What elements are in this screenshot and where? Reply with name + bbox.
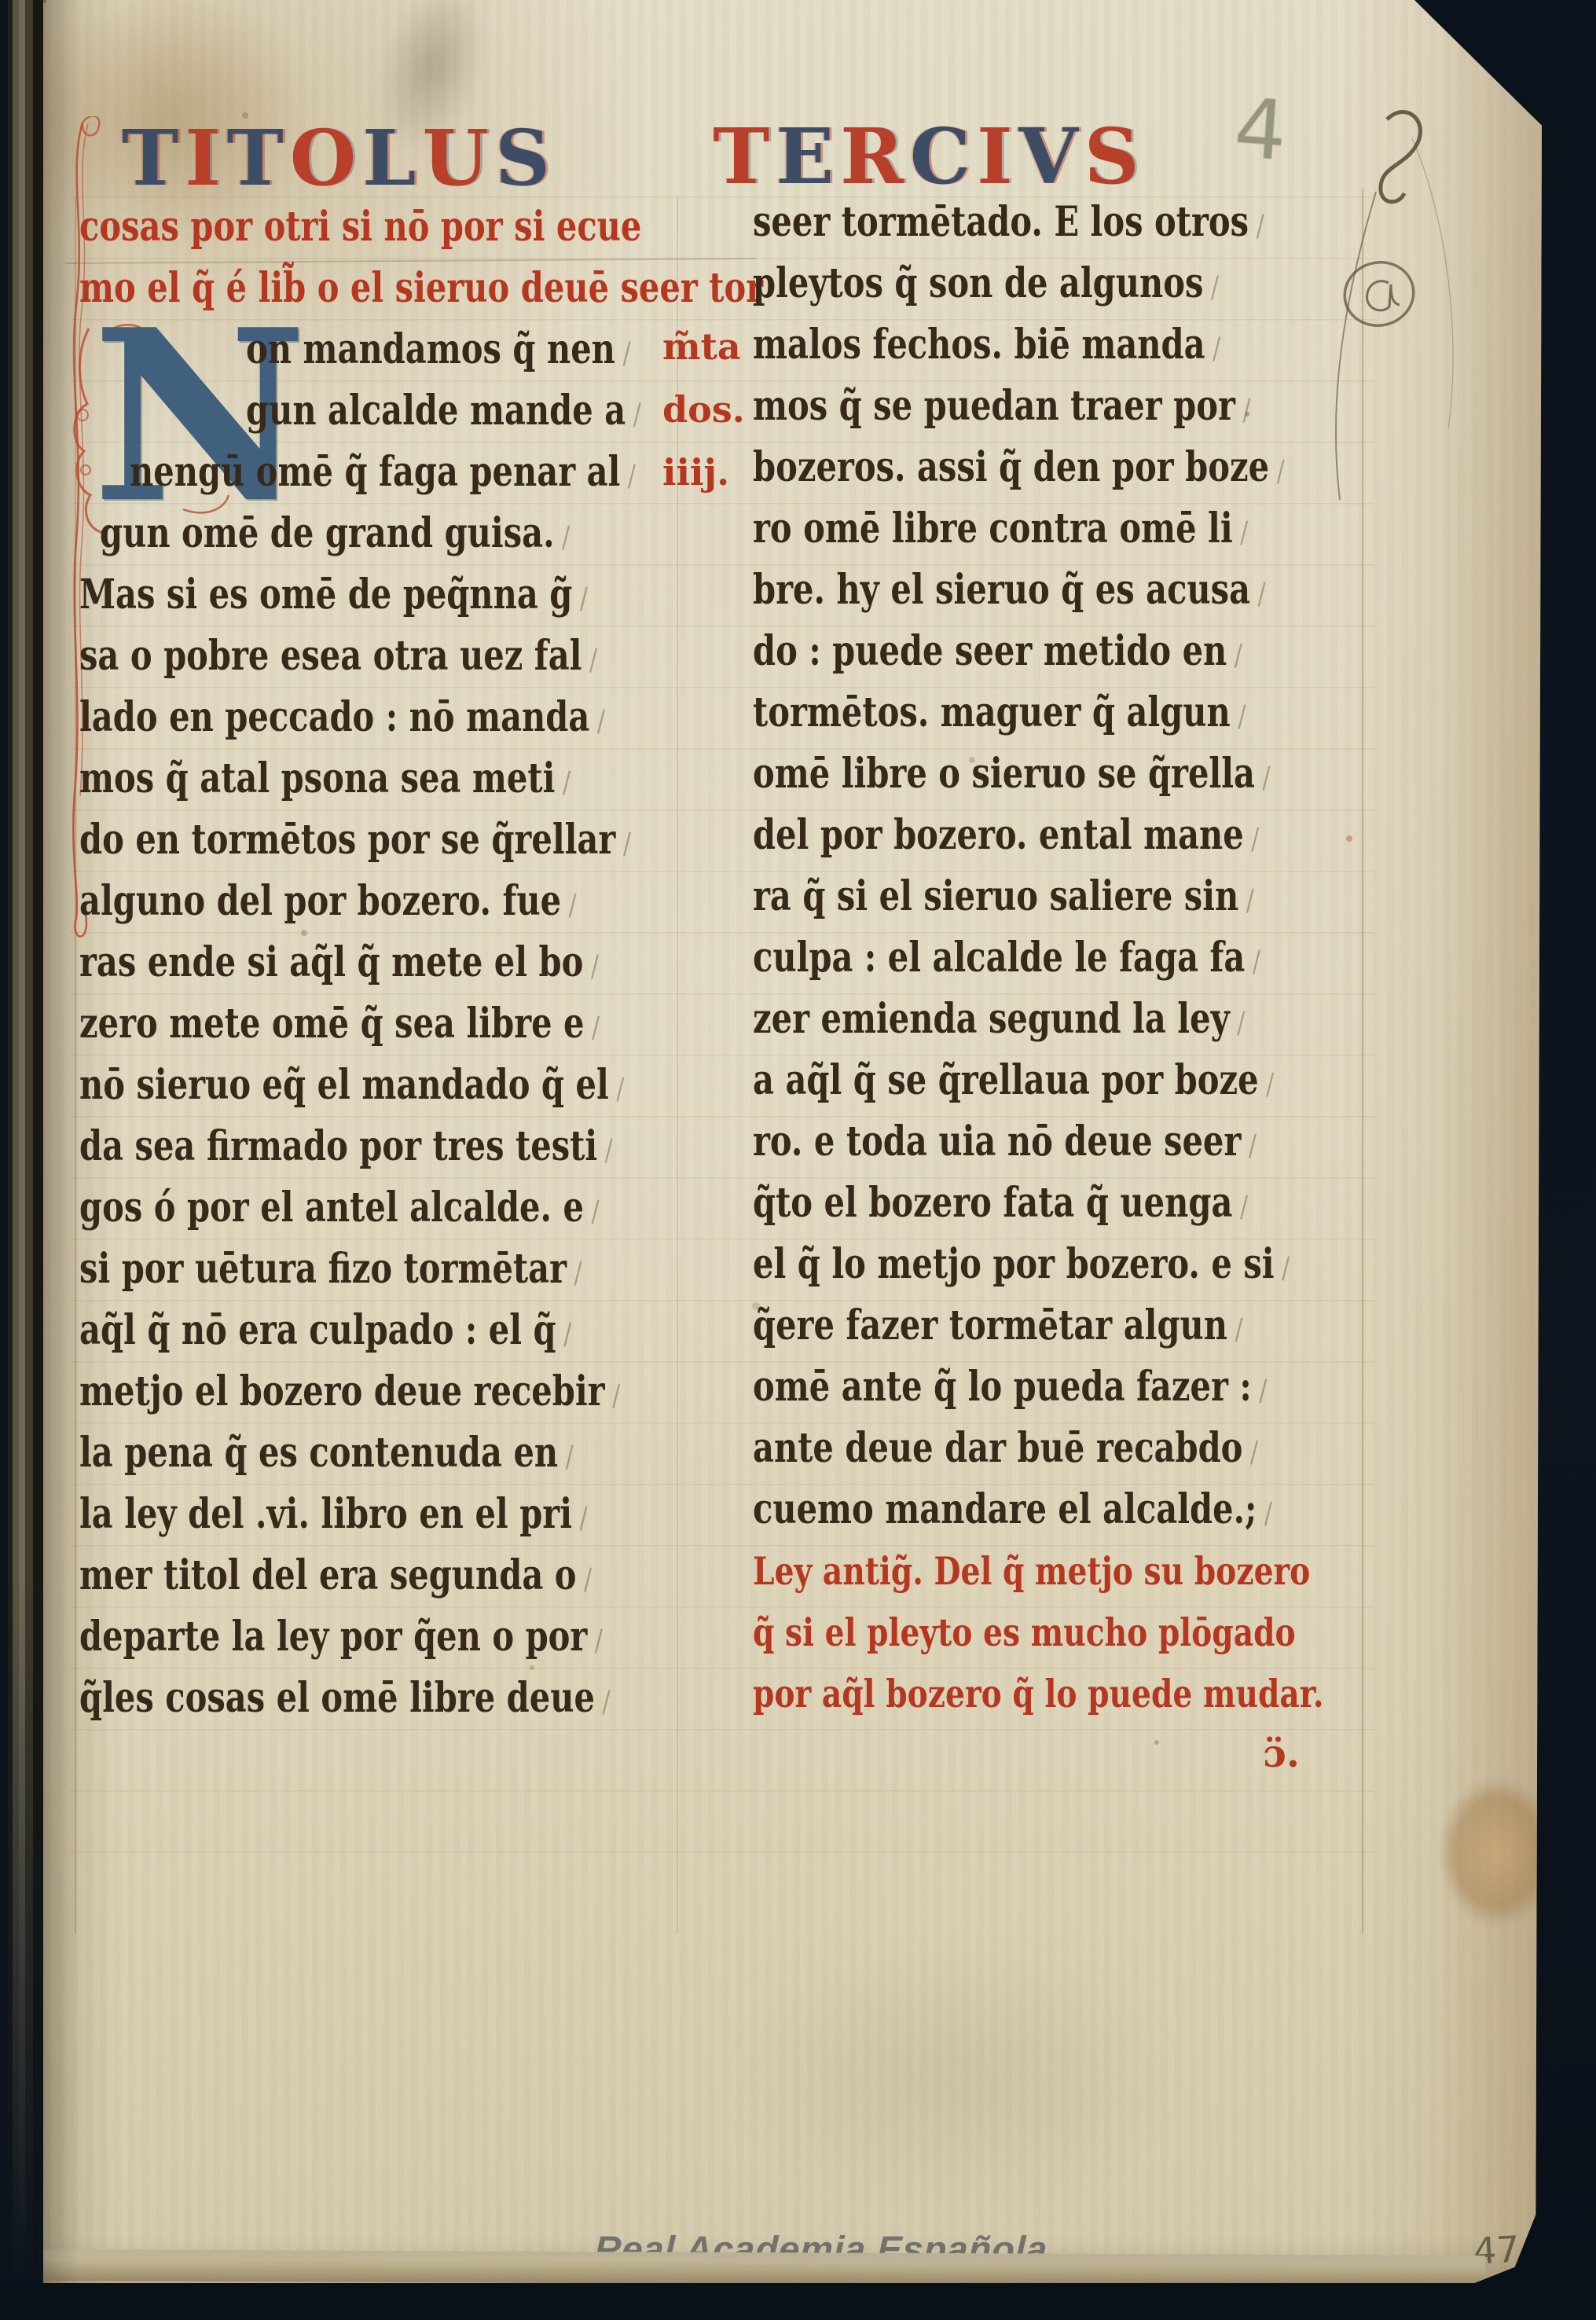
ink-specks xyxy=(43,0,46,3)
text-line: mer titol del era segunda o xyxy=(79,1547,570,1608)
heading-letter: I xyxy=(185,115,226,201)
photo-backdrop: TITOLUS TERCIVS N cosas por otri si nō p… xyxy=(0,0,1596,2320)
marginal-gloss-note: dos. xyxy=(662,388,765,431)
text-line: si por uētura fizo tormētar xyxy=(79,1240,570,1301)
text-line: cosas por otri si nō por si ecue xyxy=(79,198,570,259)
page-bottom-edge xyxy=(43,2249,1485,2287)
text-line: alguno del por bozero. fue xyxy=(79,872,570,934)
heading-letter: T xyxy=(122,115,185,201)
pencil-folio-mark: 4 xyxy=(1231,80,1290,179)
rubric-line: Ley antig̃. Del q̃ metjo su bozero xyxy=(753,1542,1243,1603)
heading-letter: U xyxy=(422,115,495,201)
text-line: gos ó por el antel alcalde. e xyxy=(79,1179,570,1240)
text-column-left: cosas por otri si nō por si ecue mo el q… xyxy=(79,198,692,1731)
text-line: tormētos. maguer q̃ algun xyxy=(753,684,1243,745)
text-line: ras ende si aq̃l q̃ mete el bo xyxy=(79,934,570,995)
stain-lower-middle xyxy=(735,1949,1175,2201)
stain-bottom-right xyxy=(1438,1778,1556,1927)
text-line: zer emienda segund la ley xyxy=(753,990,1243,1052)
heading-letter: T xyxy=(713,113,776,200)
text-line: malos fechos. biē manda xyxy=(753,316,1243,377)
text-line: ro omē libre contra omē li xyxy=(753,500,1243,561)
rubric-line: q̃ si el pleyto es mucho plōgado xyxy=(753,1603,1243,1665)
rubric-end-mark: ɔ̈. xyxy=(753,1726,1366,1787)
text-line: mo el q̃ é lib̃ o el sieruo deuē seer to… xyxy=(79,259,570,321)
heading-letter: C xyxy=(910,113,977,200)
text-line: del por bozero. ental mane xyxy=(753,806,1243,868)
manuscript-page: TITOLUS TERCIVS N cosas por otri si nō p… xyxy=(43,0,1542,2283)
text-line: cuemo mandare el alcalde.; xyxy=(753,1481,1243,1542)
text-line: mos q̃ se puedan traer por xyxy=(753,377,1243,439)
text-line: do : puede seer metido en xyxy=(753,622,1243,684)
text-line: a aq̃l q̃ se q̃rellaua por boze xyxy=(753,1052,1243,1113)
text-line: culpa : el alcalde le faga fa xyxy=(753,929,1243,990)
book-page-edges xyxy=(0,0,43,2287)
heading-letter: V xyxy=(1018,113,1084,200)
heading-letter: S xyxy=(1084,113,1146,200)
text-line: mos q̃ atal psona sea meti xyxy=(79,750,570,811)
text-line: gun alcalde mande a xyxy=(246,382,603,443)
heading-letter: E xyxy=(776,113,840,200)
text-line: el q̃ lo metjo por bozero. e si xyxy=(753,1235,1243,1297)
heading-letter: T xyxy=(227,115,290,201)
text-line: nengū omē q̃ faga penar al xyxy=(130,443,580,505)
heading-letter: L xyxy=(362,115,422,201)
text-line: bre. hy el sieruo q̃ es acusa xyxy=(753,561,1243,622)
text-line: seer tormētado. E los otros xyxy=(753,193,1243,255)
text-line: metjo el bozero deue recebir xyxy=(79,1363,570,1424)
text-line: pleytos q̃ son de algunos xyxy=(753,255,1243,316)
text-line: ro. e toda uia nō deue seer xyxy=(753,1113,1243,1174)
marginal-gloss-note: iiij. xyxy=(662,451,765,494)
text-line: q̃ere fazer tormētar algun xyxy=(753,1297,1243,1358)
text-line: omē libre o sieruo se q̃rella xyxy=(753,745,1243,806)
text-line: Mas si es omē de peq̃nna g̃ xyxy=(79,566,570,627)
text-line: bozeros. assi q̃ den por boze xyxy=(753,439,1243,500)
text-line: nō sieruo eq̃ el mandado q̃ el xyxy=(79,1056,570,1118)
text-column-right: seer tormētado. E los otros pleytos q̃ s… xyxy=(753,193,1366,1787)
text-line: q̃les cosas el omē libre deue xyxy=(79,1669,570,1731)
edge-shadow xyxy=(0,1580,43,2287)
text-line: gun omē de grand guisa. xyxy=(100,505,574,566)
text-line: la pena q̃ es contenuda en xyxy=(79,1424,570,1485)
text-line: q̃to el bozero fata q̃ uenga xyxy=(753,1174,1243,1235)
text-line: sa o pobre esea otra uez fal xyxy=(79,627,570,688)
heading-letter: S xyxy=(495,115,556,201)
text-line: ante deue dar buē recabdo xyxy=(753,1419,1243,1481)
text-line: aq̃l q̃ nō era culpado : el q̃ xyxy=(79,1301,570,1363)
text-line: lado en peccado : nō manda xyxy=(79,688,570,750)
text-line: zero mete omē q̃ sea libre e xyxy=(79,995,570,1056)
text-line: da sea firmado por tres testi xyxy=(79,1118,570,1179)
marginal-gloss-note: m̃ta xyxy=(662,325,765,368)
circled-pen-mark xyxy=(1334,250,1428,344)
heading-titolus: TITOLUS xyxy=(122,115,556,209)
text-line: omē ante q̃ lo pueda fazer : xyxy=(753,1358,1243,1419)
heading-letter: R xyxy=(840,113,910,200)
text-line: la ley del .vi. libro en el pri xyxy=(79,1485,570,1547)
text-line: on mandamos q̃ nen xyxy=(246,321,603,382)
rubric-line: por aq̃l bozero q̃ lo puede mudar. xyxy=(753,1665,1243,1726)
text-line: do en tormētos por se q̃rellar xyxy=(79,811,570,872)
heading-letter: O xyxy=(290,115,363,201)
text-line: ra q̃ si el sieruo saliere sin xyxy=(753,868,1243,929)
text-line: departe la ley por q̃en o por xyxy=(79,1608,570,1669)
heading-letter: I xyxy=(977,113,1018,200)
